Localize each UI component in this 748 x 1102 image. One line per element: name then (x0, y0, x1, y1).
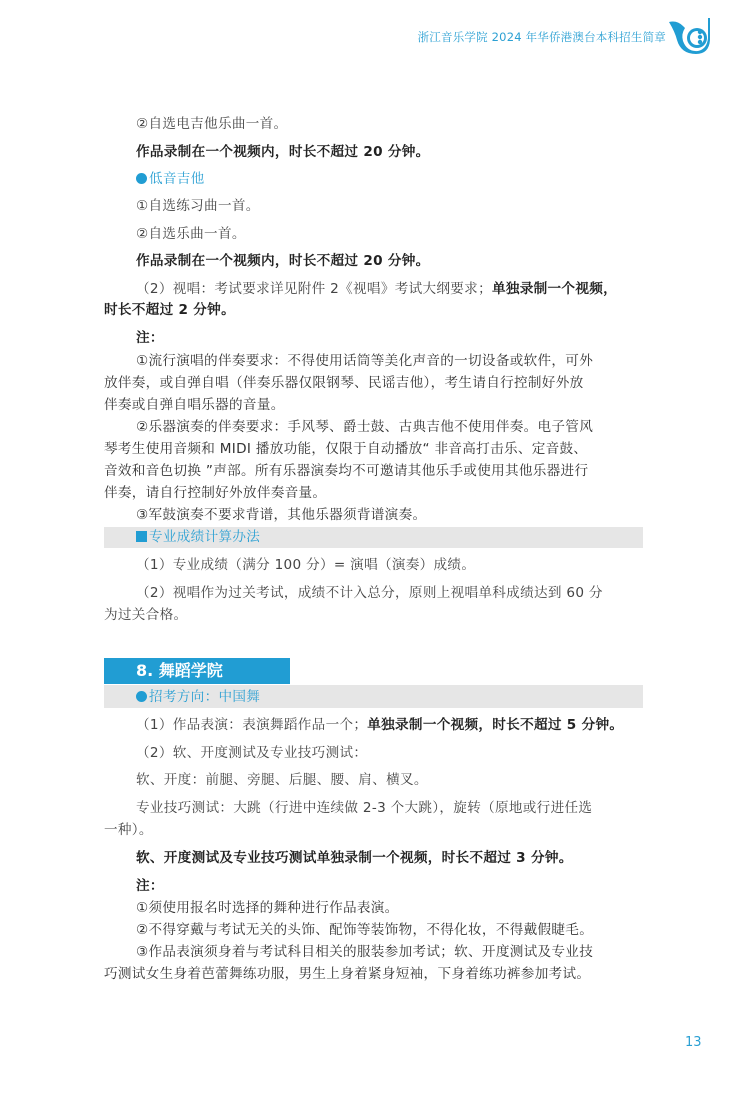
dance-note-3-line-1: ③作品表演须身着与考试科目相关的服装参加考试；软、开度测试及专业技 (104, 944, 676, 960)
page-number: 13 (685, 1035, 702, 1050)
square-bullet-icon (136, 531, 147, 542)
sight-singing-line-2: 时长不超过 2 分钟。 (104, 302, 644, 318)
note-1-line-3: 伴奏或自弹自唱乐器的音量。 (104, 397, 644, 413)
dance-skill-line-1: 专业技巧测试：大跳（行进中连续做 2-3 个大跳），旋转（原地或行进任选 (104, 800, 676, 816)
bass-guitar-item-1: ①自选练习曲一首。 (104, 198, 676, 214)
note-2-line-1: ②乐器演奏的伴奏要求：手风琴、爵士鼓、古典吉他不使用伴奏。电子管风 (104, 419, 676, 435)
note-1-line-2: 放伴奏，或自弹自唱（伴奏乐器仅限钢琴、民谣吉他），考生请自行控制好外放 (104, 375, 644, 391)
scoring-heading: 专业成绩计算办法 (104, 529, 676, 545)
note-3: ③军鼓演奏不要求背谱，其他乐器须背谱演奏。 (104, 507, 676, 523)
dance-item-2: （2）软、开度测试及专业技巧测试： (104, 745, 676, 761)
scoring-item-2-line-1: （2）视唱作为过关考试，成绩不计入总分，原则上视唱单科成绩达到 60 分 (104, 585, 676, 601)
document-header-title: 浙江音乐学院 2024 年华侨港澳台本科招生简章 (418, 29, 666, 45)
note-2-line-2: 琴考生使用音频和 MIDI 播放功能，仅限于自动播放“ 非音高打击乐、定音鼓、 (104, 441, 644, 457)
dance-item-1: （1）作品表演：表演舞蹈作品一个；单独录制一个视频，时长不超过 5 分钟。 (104, 717, 676, 733)
scoring-item-1: （1）专业成绩（满分 100 分）= 演唱（演奏）成绩。 (104, 557, 676, 573)
dance-skill-line-2: 一种）。 (104, 822, 644, 838)
bass-guitar-heading: 低音吉他 (104, 171, 676, 187)
bullet-dot-icon (136, 691, 147, 702)
dance-note-1: ①须使用报名时选择的舞种进行作品表演。 (104, 900, 676, 916)
bass-guitar-item-2: ②自选乐曲一首。 (104, 226, 676, 242)
dance-flexibility: 软、开度：前腿、旁腿、后腿、腰、肩、横叉。 (104, 772, 676, 788)
sight-singing-line-1: （2）视唱：考试要求详见附件 2《视唱》考试大纲要求；单独录制一个视频， (104, 281, 676, 297)
bullet-dot-icon (136, 173, 147, 184)
dance-recording-note: 软、开度测试及专业技巧测试单独录制一个视频，时长不超过 3 分钟。 (104, 850, 676, 866)
note-2-line-3: 音效和音色切换 ”声部。所有乐器演奏均不可邀请其他乐手或使用其他乐器进行 (104, 463, 644, 479)
dance-note-2: ②不得穿戴与考试无关的头饰、配饰等装饰物，不得化妆，不得戴假睫毛。 (104, 922, 676, 938)
bass-guitar-recording-note: 作品录制在一个视频内，时长不超过 20 分钟。 (104, 253, 676, 269)
scoring-item-2-line-2: 为过关合格。 (104, 607, 644, 623)
dance-notes-label: 注： (104, 878, 676, 894)
electric-guitar-item-2: ②自选电吉他乐曲一首。 (104, 116, 676, 132)
note-2-line-4: 伴奏，请自行控制好外放伴奏音量。 (104, 485, 644, 501)
notes-label: 注： (104, 330, 676, 346)
section-title-dance-school: 8. 舞蹈学院 (104, 658, 290, 684)
note-1-line-1: ①流行演唱的伴奏要求：不得使用话筒等美化声音的一切设备或软件，可外 (104, 353, 676, 369)
dance-note-3-line-2: 巧测试女生身着芭蕾舞练功服，男生上身着紧身短袖，下身着练功裤参加考试。 (104, 966, 644, 982)
electric-guitar-recording-note: 作品录制在一个视频内，时长不超过 20 分钟。 (104, 144, 676, 160)
french-horn-logo-icon (667, 14, 711, 56)
dance-direction: 招考方向：中国舞 (104, 689, 676, 705)
